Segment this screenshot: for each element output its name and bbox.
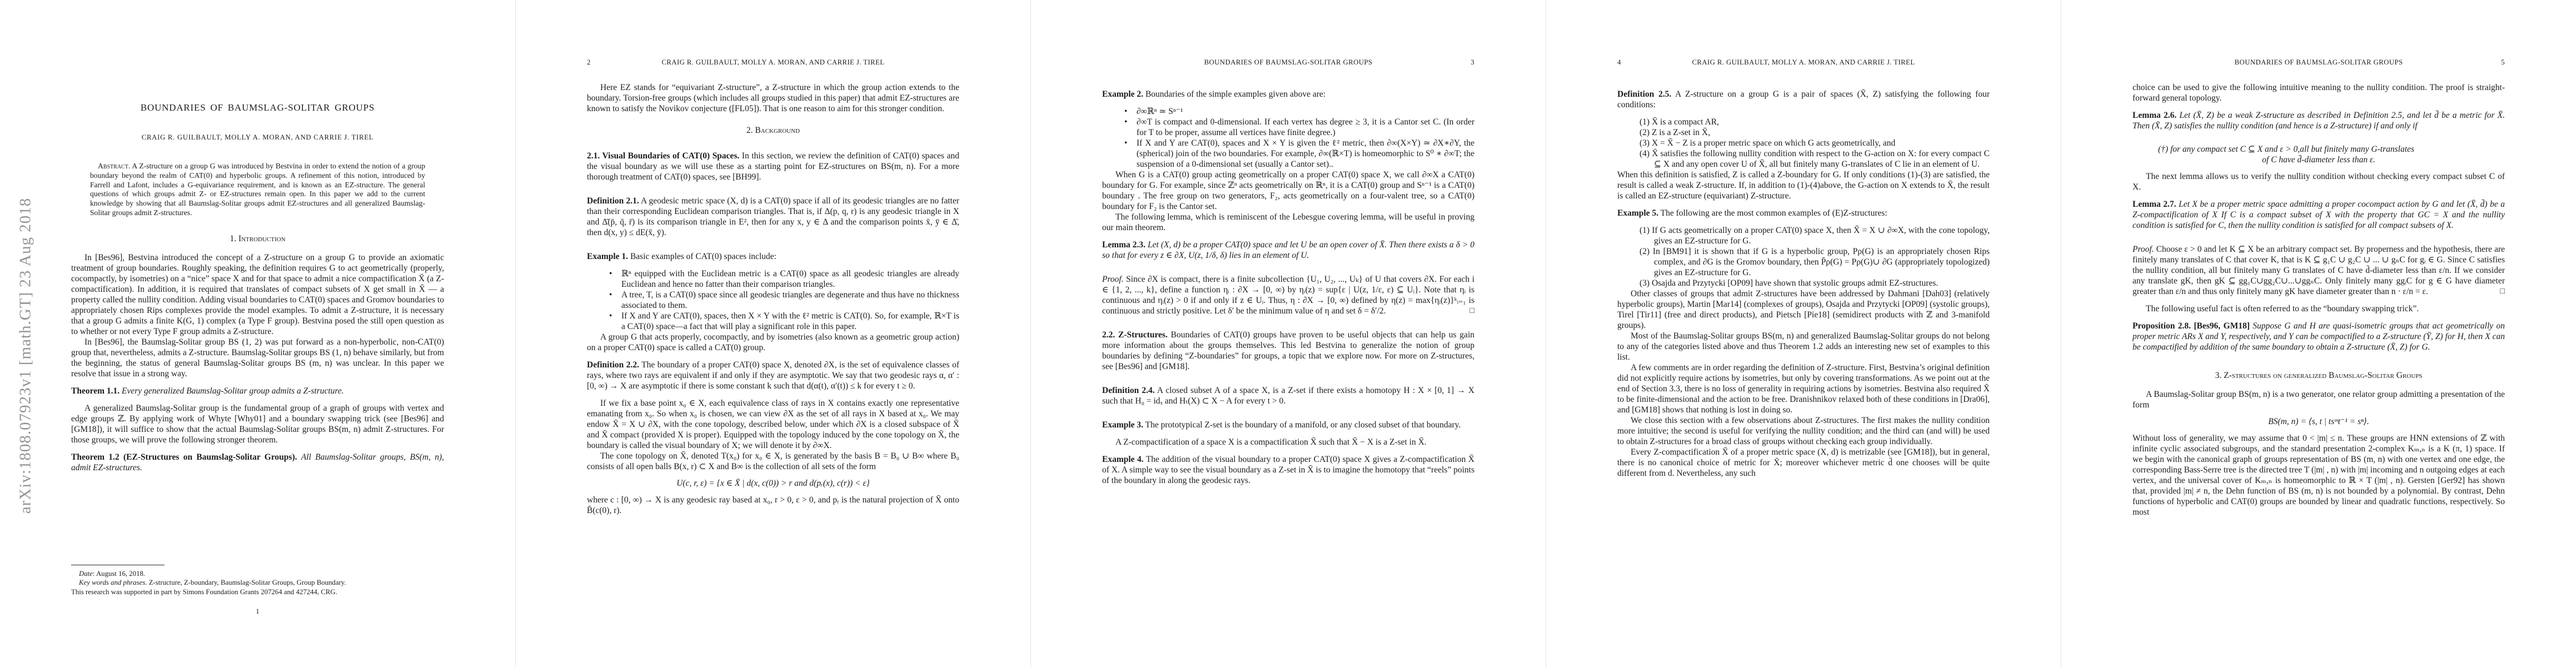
block-text: (†) for any compact set C ⊆ X and ε > 0,… [2158,145,2414,154]
dagger-condition: (†) for any compact set C ⊆ X and ε > 0,… [2132,144,2505,155]
paragraph: Every Z-compactification X̄ of a proper … [1617,447,1990,479]
paragraph: When this definition is satisfied, Z is … [1617,170,1990,201]
bullet-item: A tree, T, is a CAT(0) space since all g… [587,290,959,311]
proposition-block: Proposition 2.8. [Bes96, GM18] Suppose G… [2132,321,2505,352]
block-text: The following useful fact is often refer… [2146,304,2419,313]
block-text: Choose ε > 0 and let K ⊆ X be an arbitra… [2132,245,2505,296]
block-text: ∂∞T is compact and 0-dimensional. If eac… [1137,117,1474,137]
block-label: Example 1. [587,252,628,261]
block-text: BS(m, n) = ⟨s, t | tsᵐt⁻¹ = sⁿ⟩. [2268,417,2369,426]
footnote-line: Date: August 16, 2018. [71,569,444,578]
qed-box: □ [1470,306,1474,316]
running-header: BOUNDARIES OF BAUMSLAG-SOLITAR GROUPS5 [2132,58,2505,67]
theorem-block: Theorem 1.1. Every generalized Baumslag-… [71,386,444,396]
paragraph: Other classes of groups that admit Z-str… [1617,288,1990,331]
block-text: Basic examples of CAT(0) spaces include: [630,252,776,261]
block-text: CRAIG R. GUILBAULT, MOLLY A. MORAN, AND … [142,133,374,141]
block-text: The prototypical Z-set is the boundary o… [1145,420,1461,430]
block-text: BOUNDARIES OF BAUMSLAG-SOLITAR GROUPS [141,102,375,113]
block-text: Every Z-compactification X̄ of a proper … [1617,447,1990,478]
header-page-number-right [936,58,959,67]
block-label: Abstract. [98,162,130,170]
running-head-title: BOUNDARIES OF BAUMSLAG-SOLITAR GROUPS [1125,58,1451,67]
enum-item: (2) Z is a Z-set in X̄, [1617,127,1990,138]
paragraph: The next lemma allows us to verify the n… [2132,171,2505,192]
block-label: 2.2. Z-Structures. [1102,330,1168,340]
block-text: ∂∞ℝⁿ ≃ Sⁿ⁻¹ [1137,107,1183,116]
page-4: 4CRAIG R. GUILBAULT, MOLLY A. MORAN, AND… [1546,0,2061,667]
running-header: BOUNDARIES OF BAUMSLAG-SOLITAR GROUPS3 [1102,58,1474,67]
proof-block: Proof. Since ∂X is compact, there is a f… [1102,274,1474,316]
header-page-number-right: 3 [1451,58,1474,67]
paragraph: The following useful fact is often refer… [2132,303,2505,314]
block-text: The addition of the visual boundary to a… [1102,455,1474,485]
page-2: 2CRAIG R. GUILBAULT, MOLLY A. MORAN, AND… [515,0,1030,667]
paragraph: We close this section with a few observa… [1617,415,1990,447]
running-head-title: CRAIG R. GUILBAULT, MOLLY A. MORAN, AND … [610,58,936,67]
paragraph: A group G that acts properly, cocompactl… [587,332,959,353]
block-label: Proposition 2.8. [Bes96, GM18] [2132,321,2250,331]
qed-box: □ [2500,286,2505,297]
example-block: Example 1. Basic examples of CAT(0) spac… [587,251,959,262]
top-spacer [71,58,444,102]
block-text: Here EZ stands for “equivariant Z-struct… [587,83,959,113]
block-label: 2.1. Visual Boundaries of CAT(0) Spaces. [587,151,739,161]
block-text: A Z-compactification of a space X is a c… [1115,437,1427,447]
display-equation: U(c, r, ε) = {x ∈ X̄ | d(x, c(0)) > r an… [587,478,959,489]
block-text: 2. Background [746,126,800,135]
display-equation: BS(m, n) = ⟨s, t | tsᵐt⁻¹ = sⁿ⟩. [2132,416,2505,427]
block-text: (2) In [BM91] it is shown that if G is a… [1640,247,1990,277]
arxiv-watermark: arXiv:1808.07923v1 [math.GT] 23 Aug 2018 [17,198,35,514]
block-text: Let (X̄, Z) be a weak Z-structure as des… [2132,111,2505,131]
block-label: Example 4. [1102,455,1144,464]
paragraph: A generalized Baumslag-Solitar group is … [71,403,444,445]
paragraph: In [Bes96], Bestvina introduced the conc… [71,252,444,337]
bullet-item: ∂∞T is compact and 0-dimensional. If eac… [1102,117,1474,138]
theorem-block: Theorem 1.2 (EZ-Structures on Baumslag-S… [71,452,444,473]
definition-block: Definition 2.2. The boundary of a proper… [587,360,959,391]
block-text: Boundaries of the simple examples given … [1145,89,1326,99]
block-text: A tree, T, is a CAT(0) space since all g… [621,290,959,310]
header-page-number-right [1966,58,1990,67]
block-text: choice can be used to give the following… [2132,83,2505,103]
running-head-title: BOUNDARIES OF BAUMSLAG-SOLITAR GROUPS [2156,58,2482,67]
block-text: (3) Osajda and Przytycki [OP09] have sho… [1640,278,1938,288]
block-text: A Baumslag-Solitar group BS(m, n) is a t… [2132,390,2505,410]
block-label: Theorem 1.1. [71,386,119,396]
block-text: The following are the most common exampl… [1661,208,1887,218]
block-label: Example 3. [1102,420,1143,430]
block-text: The following lemma, which is reminiscen… [1102,212,1474,232]
block-label: Theorem 1.2 (EZ-Structures on Baumslag-S… [71,452,297,462]
subsection-heading: 2.2. Z-Structures. Boundaries of CAT(0) … [1102,330,1474,372]
block-text: Without loss of generality, we may assum… [2132,434,2505,517]
enum-item: (1) X̄ is a compact AR, [1617,117,1990,127]
lemma-block: Lemma 2.7. Let X be a proper metric spac… [2132,199,2505,231]
paragraph: choice can be used to give the following… [2132,82,2505,103]
definition-block: Definition 2.1. A geodesic metric space … [587,196,959,238]
block-text: U(c, r, ε) = {x ∈ X̄ | d(x, c(0)) > r an… [676,479,870,488]
paper-title: BOUNDARIES OF BAUMSLAG-SOLITAR GROUPS [71,102,444,114]
paragraph: If we fix a base point x₀ ∈ X, each equi… [587,398,959,451]
block-label: Definition 2.2. [587,360,639,370]
authors-line: CRAIG R. GUILBAULT, MOLLY A. MORAN, AND … [71,133,444,142]
footnote-label: Date [79,570,93,578]
block-text: A generalized Baumslag-Solitar group is … [71,404,444,445]
block-text: (2) Z is a Z-set in X̄, [1640,128,1710,137]
block-text: (1) If G acts geometrically on a proper … [1640,226,1990,246]
definition-block: Definition 2.5. A Z-structure on a group… [1617,89,1990,110]
dagger-condition: of C have d̄-diameter less than ε. [2132,155,2505,165]
block-text: A Z-structure on a group G is a pair of … [1617,89,1990,109]
block-text: A few comments are in order regarding th… [1617,363,1990,415]
example-block: Example 5. The following are the most co… [1617,208,1990,218]
block-text: Let (X, d) be a proper CAT(0) space and … [1102,240,1474,260]
paragraph: Here EZ stands for “equivariant Z-struct… [587,82,959,114]
paragraph: Most of the Baumslag-Solitar groups BS(m… [1617,331,1990,362]
block-label: Lemma 2.7. [2132,200,2176,209]
block-text: A group G that acts properly, cocompactl… [587,332,959,352]
definition-block: Definition 2.4. A closed subset A of a s… [1102,385,1474,406]
block-label: Lemma 2.6. [2132,111,2176,120]
enum-item: (3) Osajda and Przytycki [OP09] have sho… [1617,278,1990,288]
running-header: 4CRAIG R. GUILBAULT, MOLLY A. MORAN, AND… [1617,58,1990,67]
block-text: A closed subset A of a space X, is a Z-s… [1102,386,1474,406]
block-text: (3) X = X̄ − Z is a proper metric space … [1640,138,1895,148]
block-label: Lemma 2.3. [1102,240,1145,250]
block-text: If X and Y are CAT(0), spaces and X × Y … [1137,138,1474,169]
block-text: We close this section with a few observa… [1617,416,1990,446]
header-page-number-left: 4 [1617,58,1641,67]
block-text: In [Bes96], Bestvina introduced the conc… [71,253,444,336]
block-text: (1) X̄ is a compact AR, [1640,117,1719,127]
block-text: When this definition is satisfied, Z is … [1617,170,1990,201]
block-text: (4) X̄ satisfies the following nullity c… [1640,149,1990,169]
block-text: The cone topology on X̄, denoted T(x₀) f… [587,451,959,471]
subsection-heading: 2.1. Visual Boundaries of CAT(0) Spaces.… [587,151,959,182]
footnote-text: : August 16, 2018. [93,570,145,578]
bullet-item: ∂∞ℝⁿ ≃ Sⁿ⁻¹ [1102,106,1474,117]
lemma-block: Lemma 2.6. Let (X̄, Z) be a weak Z-struc… [2132,110,2505,131]
running-header: 2CRAIG R. GUILBAULT, MOLLY A. MORAN, AND… [587,58,959,67]
block-label: Proof. [1102,275,1124,284]
enum-item: (3) X = X̄ − Z is a proper metric space … [1617,138,1990,148]
block-label: Example 2. [1102,89,1143,99]
pages-row: arXiv:1808.07923v1 [math.GT] 23 Aug 2018… [0,0,2576,667]
header-page-number-left [2132,58,2156,67]
abstract: Abstract. A Z-structure on a group G was… [90,162,425,218]
enum-item: (1) If G acts geometrically on a proper … [1617,225,1990,246]
footnote-line: Key words and phrases. Z-structure, Z-bo… [71,578,444,587]
enum-item: (4) X̄ satisfies the following nullity c… [1617,148,1990,170]
running-head-title: CRAIG R. GUILBAULT, MOLLY A. MORAN, AND … [1641,58,1966,67]
section-heading: 1. Introduction [71,233,444,245]
block-text: The boundary of a proper CAT(0) space X,… [587,360,959,391]
page-3: BOUNDARIES OF BAUMSLAG-SOLITAR GROUPS3Ex… [1030,0,1546,667]
paragraph: A few comments are in order regarding th… [1617,362,1990,415]
lemma-block: Lemma 2.3. Let (X, d) be a proper CAT(0)… [1102,240,1474,261]
paragraph: The cone topology on X̄, denoted T(x₀) f… [587,451,959,472]
header-page-number-left [1102,58,1125,67]
block-text: 3. Z-structures on generalized Baumslag-… [2215,371,2423,380]
block-text: Other classes of groups that admit Z-str… [1617,289,1990,330]
enum-item: (2) In [BM91] it is shown that if G is a… [1617,246,1990,278]
bullet-item: ℝⁿ equipped with the Euclidean metric is… [587,268,959,290]
header-page-number-right: 5 [2482,58,2505,67]
block-text: The next lemma allows us to verify the n… [2132,172,2505,192]
block-text: A Z-structure on a group G was introduce… [90,162,425,217]
example-block: Example 4. The addition of the visual bo… [1102,454,1474,486]
paragraph: A Z-compactification of a space X is a c… [1102,437,1474,447]
example-block: Example 3. The prototypical Z-set is the… [1102,420,1474,430]
footnote-text: This research was supported in part by S… [71,588,337,596]
paragraph: where c : [0, ∞) → X is any geodesic ray… [587,495,959,516]
example-block: Example 2. Boundaries of the simple exam… [1102,89,1474,99]
block-text: A geodesic metric space (X, d) is a CAT(… [587,196,959,237]
block-text: Since ∂X is compact, there is a finite s… [1102,275,1474,316]
bullet-item: If X and Y are CAT(0), spaces and X × Y … [1102,138,1474,170]
block-text: of C have d̄-diameter less than ε. [2262,155,2375,165]
section-heading: 2. Background [587,125,959,136]
block-text: 1. Introduction [230,234,285,243]
block-label: Definition 2.1. [587,196,639,206]
block-label: Example 5. [1617,208,1658,218]
header-page-number-left: 2 [587,58,610,67]
footnote-line: This research was supported in part by S… [71,588,444,596]
paragraph: A Baumslag-Solitar group BS(m, n) is a t… [2132,389,2505,410]
footnote-block: Date: August 16, 2018.Key words and phra… [71,565,444,596]
footnote-text: Z-structure, Z-boundary, Baumslag-Solita… [147,579,346,586]
block-text: where c : [0, ∞) → X is any geodesic ray… [587,495,959,515]
page-1: arXiv:1808.07923v1 [math.GT] 23 Aug 2018… [0,0,515,667]
block-text: ℝⁿ equipped with the Euclidean metric is… [621,269,959,289]
footnote-rule [71,565,165,565]
paragraph: Without loss of generality, we may assum… [2132,433,2505,517]
block-text: If we fix a base point x₀ ∈ X, each equi… [587,399,959,450]
block-label: Proof. [2132,245,2154,254]
section-heading: 3. Z-structures on generalized Baumslag-… [2132,370,2505,381]
paragraph: The following lemma, which is reminiscen… [1102,212,1474,233]
paragraph: When G is a CAT(0) group acting geometri… [1102,170,1474,212]
block-text: In [Bes96], the Baumslag-Solitar group B… [71,337,444,379]
page-5: BOUNDARIES OF BAUMSLAG-SOLITAR GROUPS5ch… [2061,0,2576,667]
block-text: Let X be a proper metric space admitting… [2132,200,2505,230]
proof-block: Proof. Choose ε > 0 and let K ⊆ X be an … [2132,244,2505,297]
block-label: Definition 2.4. [1102,386,1155,395]
block-label: Definition 2.5. [1617,89,1671,99]
footnote-label: Key words and phrases. [79,579,147,586]
block-text: When G is a CAT(0) group acting geometri… [1102,170,1474,211]
page-number: 1 [71,606,444,617]
block-text: If X and Y are CAT(0), spaces, then X × … [621,311,959,331]
bullet-item: If X and Y are CAT(0), spaces, then X × … [587,311,959,332]
block-text: Most of the Baumslag-Solitar groups BS(m… [1617,331,1990,362]
block-text: Every generalized Baumslag-Solitar group… [122,386,344,396]
paragraph: In [Bes96], the Baumslag-Solitar group B… [71,337,444,379]
